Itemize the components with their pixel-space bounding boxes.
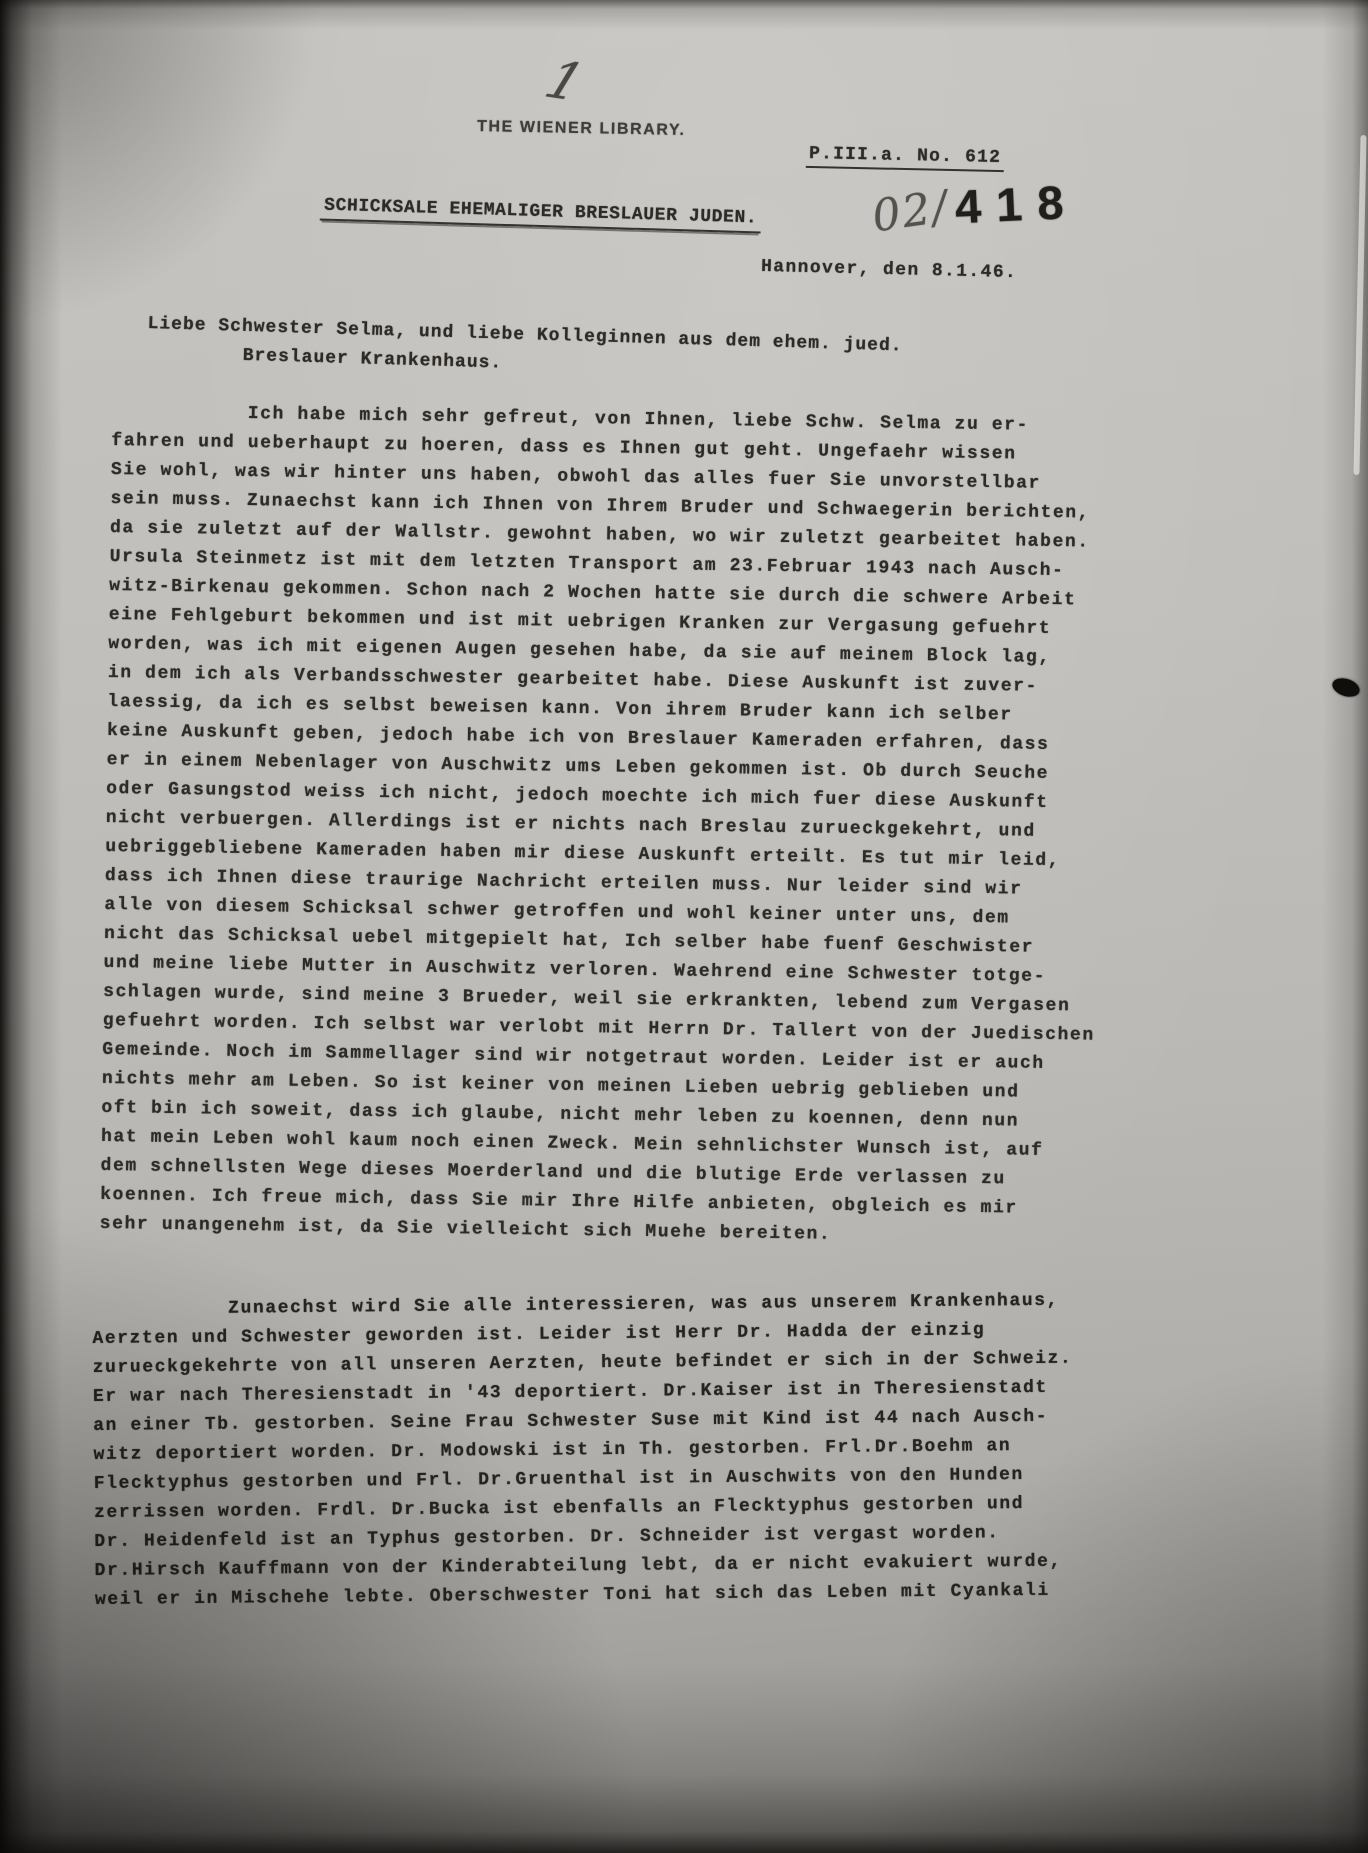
archive-number-handwritten: 02/ [869, 181, 952, 242]
scanned-letter-photo: 1 THE WIENER LIBRARY. P.III.a. No. 612 S… [0, 0, 1368, 1853]
document-title: SCHICKSALE EHEMALIGER BRESLAUER JUDEN. [320, 195, 762, 233]
reference-number: P.III.a. No. 612 [806, 144, 1004, 172]
paper-sheet: 1 THE WIENER LIBRARY. P.III.a. No. 612 S… [0, 0, 1368, 1853]
archive-number-stamped: 418 [954, 174, 1080, 234]
handwritten-page-number: 1 [537, 51, 592, 113]
archive-number: 02/ 418 [871, 174, 1079, 236]
ink-blot [1330, 675, 1362, 700]
letter-paragraph-1: Ich habe mich sehr gefreut, von Ihnen, l… [100, 398, 1172, 1255]
dateline: Hannover, den 8.1.46. [761, 257, 1018, 283]
salutation: Liebe Schwester Selma, und liebe Kollegi… [146, 310, 903, 390]
letter-paragraph-2: Zunaechst wird Sie alle interessieren, w… [92, 1286, 1185, 1615]
library-stamp: THE WIENER LIBRARY. [477, 118, 686, 140]
